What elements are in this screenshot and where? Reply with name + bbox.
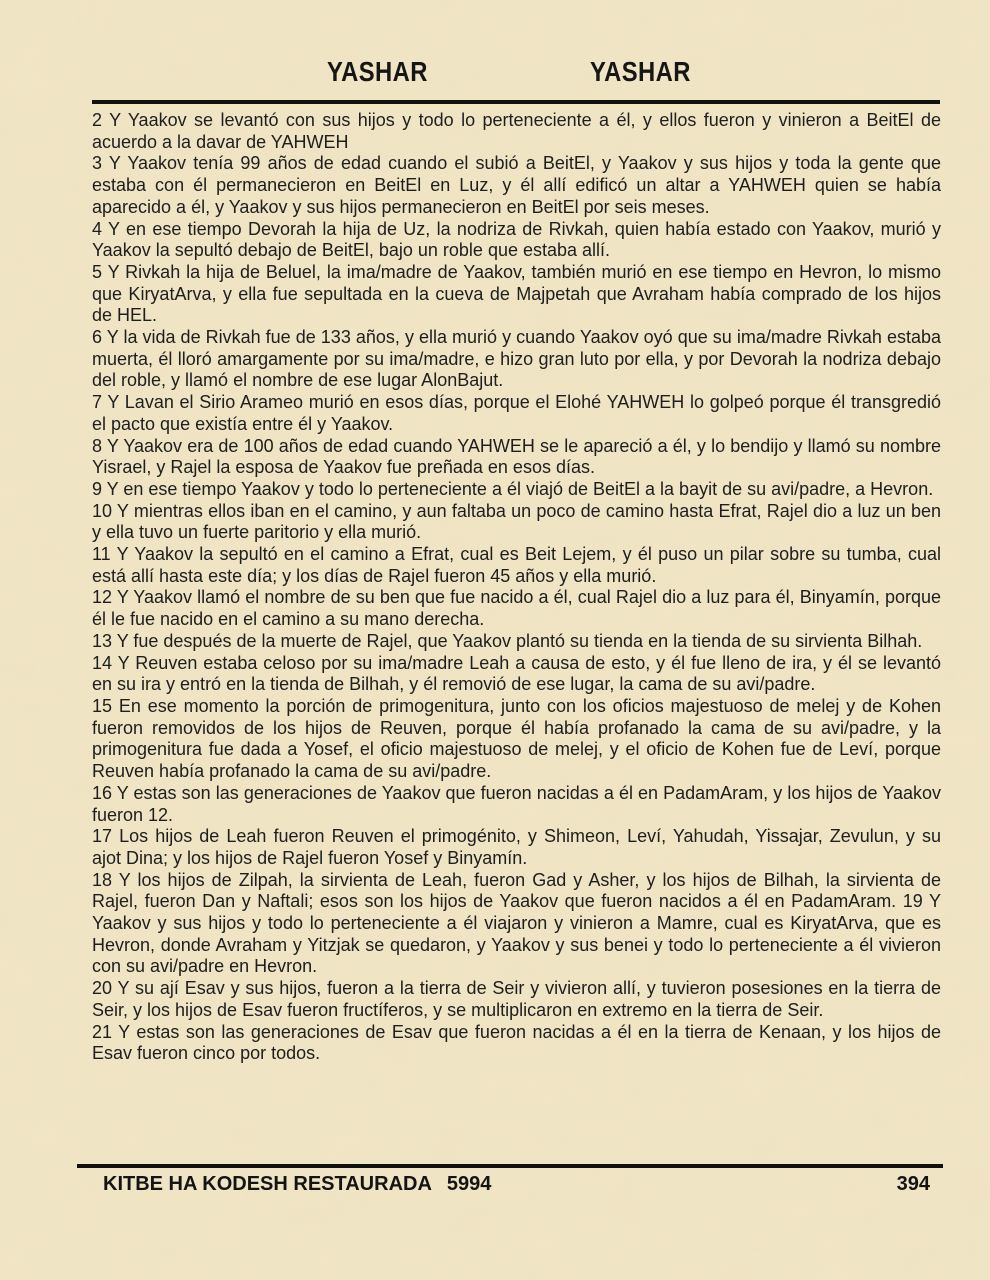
verse-paragraph: 8 Y Yaakov era de 100 años de edad cuand…	[92, 436, 941, 479]
verse-paragraph: 15 En ese momento la porción de primogen…	[92, 696, 941, 783]
verse-paragraph: 14 Y Reuven estaba celoso por su ima/mad…	[92, 653, 941, 696]
verse-paragraph: 3 Y Yaakov tenía 99 años de edad cuando …	[92, 153, 941, 218]
verse-paragraph: 17 Los hijos de Leah fueron Reuven el pr…	[92, 826, 941, 869]
verse-text-block: 2 Y Yaakov se levantó con sus hijos y to…	[92, 110, 941, 1065]
verse-paragraph: 6 Y la vida de Rivkah fue de 133 años, y…	[92, 327, 941, 392]
verse-paragraph: 7 Y Lavan el Sirio Arameo murió en esos …	[92, 392, 941, 435]
verse-paragraph: 18 Y los hijos de Zilpah, la sirvienta d…	[92, 870, 941, 979]
verse-paragraph: 13 Y fue después de la muerte de Rajel, …	[92, 631, 941, 653]
verse-paragraph: 20 Y su ají Esav y sus hijos, fueron a l…	[92, 978, 941, 1021]
verse-paragraph: 10 Y mientras ellos iban en el camino, y…	[92, 501, 941, 544]
verse-paragraph: 9 Y en ese tiempo Yaakov y todo lo perte…	[92, 479, 941, 501]
page-header-title-left: YASHAR	[327, 56, 428, 88]
footer-book-title: KITBE HA KODESH RESTAURADA5994	[103, 1173, 491, 1196]
page-header-title-right: YASHAR	[590, 56, 691, 88]
footer-book-title-text: KITBE HA KODESH RESTAURADA	[103, 1173, 432, 1195]
verse-paragraph: 11 Y Yaakov la sepultó en el camino a Ef…	[92, 544, 941, 587]
verse-paragraph: 4 Y en ese tiempo Devorah la hija de Uz,…	[92, 219, 941, 262]
verse-paragraph: 5 Y Rivkah la hija de Beluel, la ima/mad…	[92, 262, 941, 327]
footer-year: 5994	[447, 1173, 492, 1195]
header-rule	[92, 100, 940, 104]
verse-paragraph: 21 Y estas son las generaciones de Esav …	[92, 1022, 941, 1065]
verse-paragraph: 16 Y estas son las generaciones de Yaako…	[92, 783, 941, 826]
verse-paragraph: 12 Y Yaakov llamó el nombre de su ben qu…	[92, 587, 941, 630]
verse-paragraph: 2 Y Yaakov se levantó con sus hijos y to…	[92, 110, 941, 153]
document-page: YASHAR YASHAR 2 Y Yaakov se levantó con …	[0, 0, 990, 1280]
page-number: 394	[897, 1173, 930, 1196]
footer-rule	[77, 1164, 943, 1168]
